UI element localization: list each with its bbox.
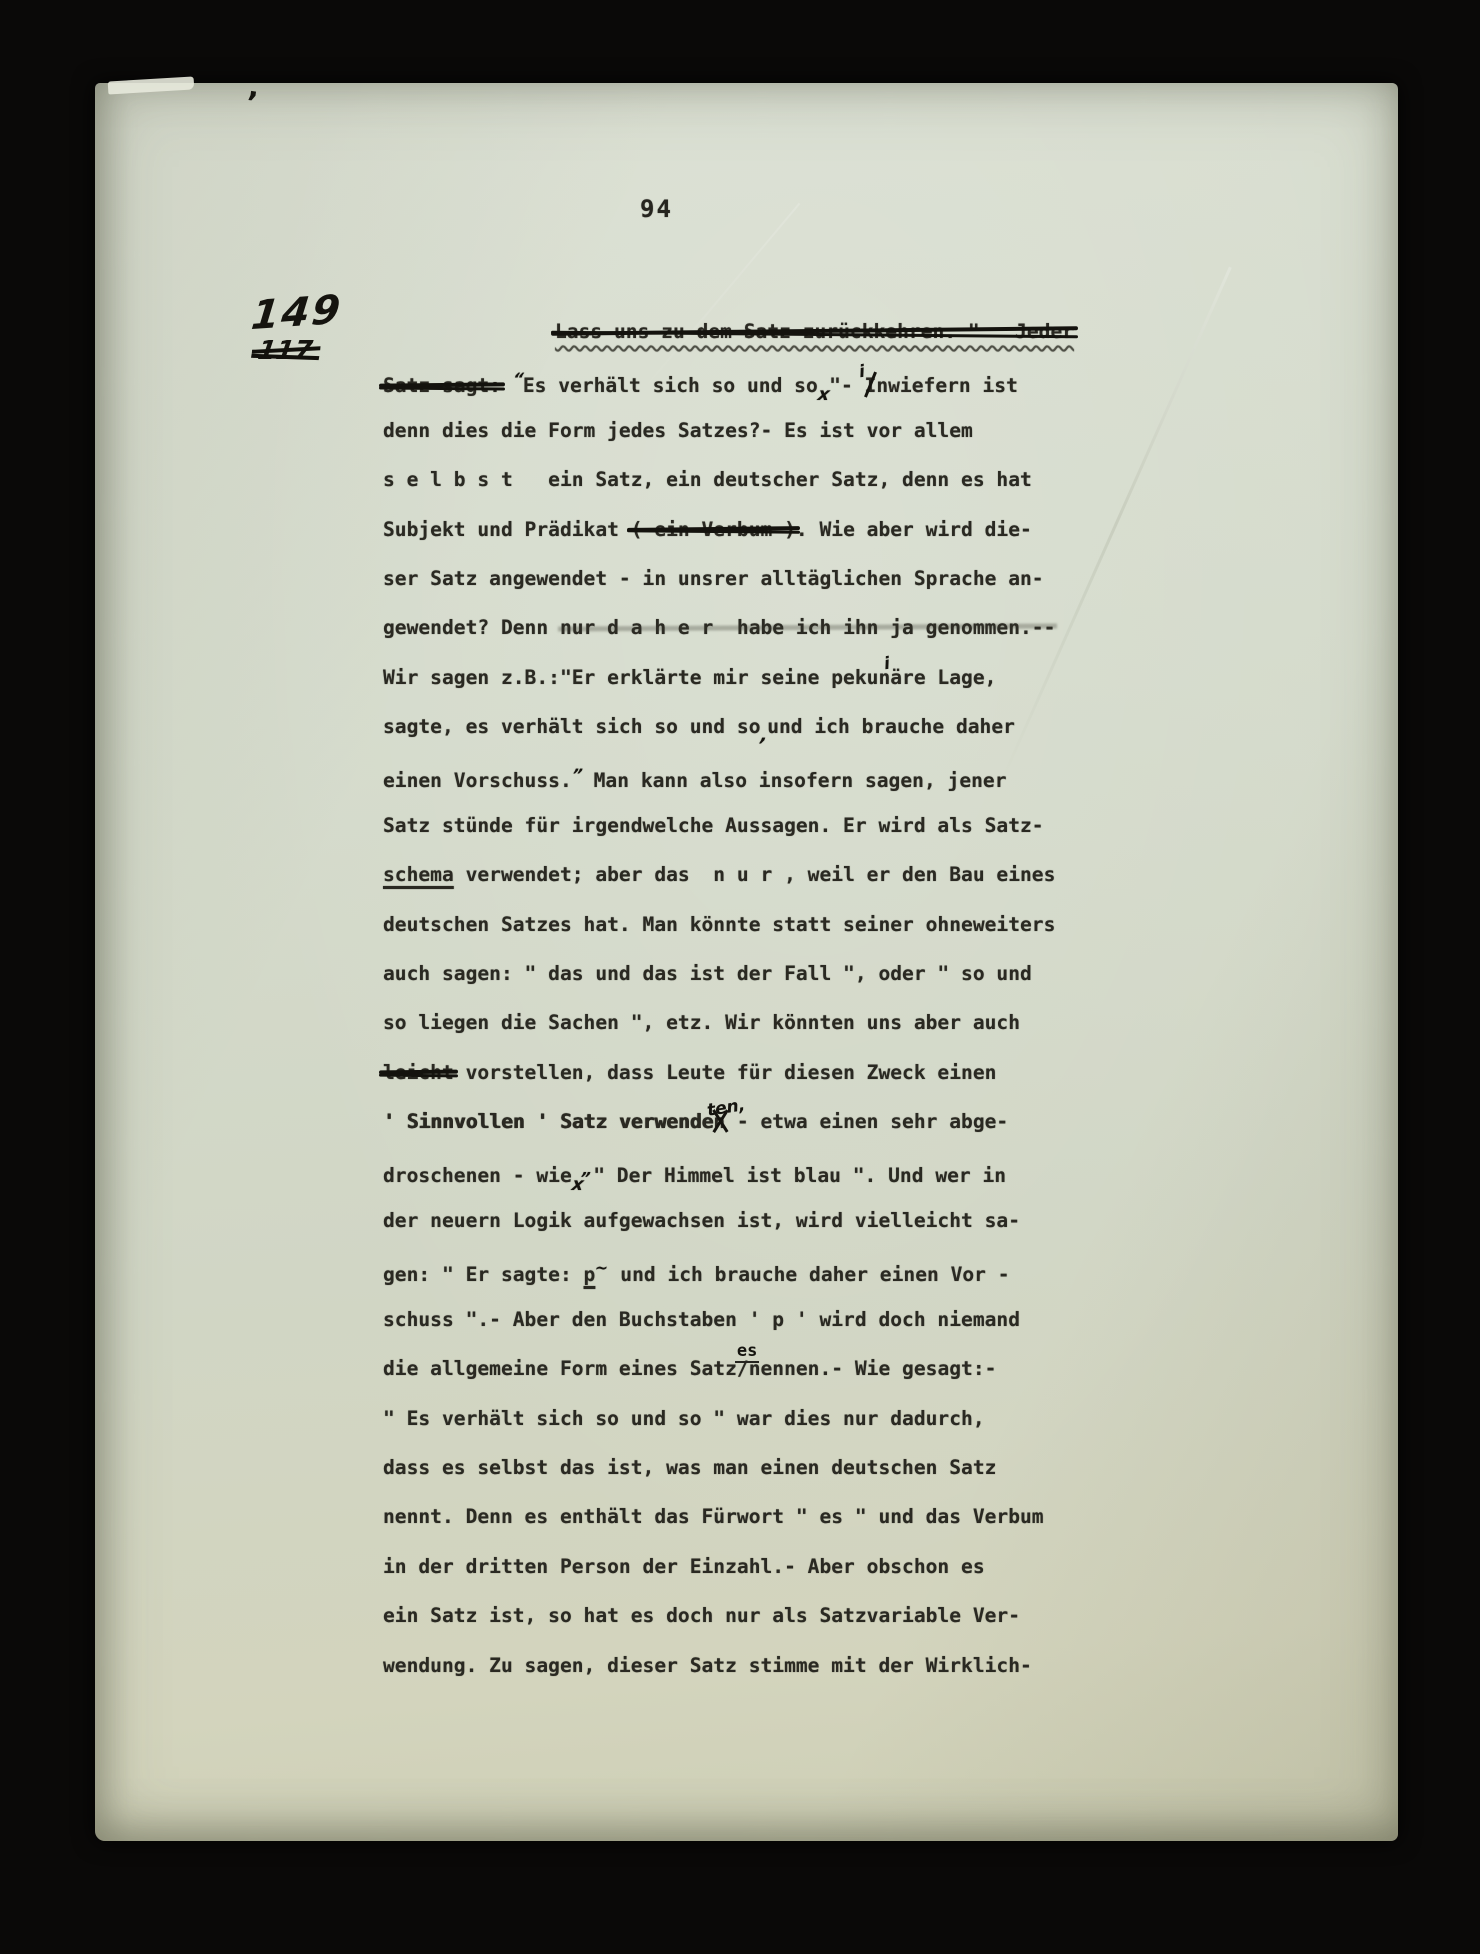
typed-segment: in der dritten Person der Einzahl.- Aber… (383, 1555, 985, 1578)
typed-line: deutschen Satzes hat. Man könnte statt s… (383, 913, 1074, 962)
typed-segment: so liegen die Sachen ", etz. Wir könnten… (383, 1011, 1020, 1034)
typed-segment: schema (383, 863, 454, 886)
typed-segment: nten, (713, 1110, 725, 1133)
typed-segment: " Es verhält sich so und so " war dies n… (383, 1407, 985, 1430)
typed-line: Subjekt und Prädikat ( ein Verbum ). Wie… (383, 518, 1074, 567)
typed-segment: Ii (865, 374, 877, 397)
typed-line: Satz sagt: “Es verhält sich so und sox"-… (383, 369, 1074, 418)
margin-pagination-note: 149 117 (252, 290, 342, 366)
typed-segment: deutschen Satzes hat. Man könnte statt s… (383, 913, 1055, 936)
typed-segment: - etwa einen sehr abge- (725, 1110, 1008, 1133)
typed-segment: ' Sinnvollen ' Satz verwende (383, 1110, 713, 1133)
typed-segment: " Der Himmel ist blau ". Und wer in (593, 1164, 1006, 1187)
typed-segment: Satz sagt: (383, 374, 501, 397)
typed-line: sagte, es verhält sich so und so,und ich… (383, 715, 1074, 764)
typed-line: Satz stünde für irgendwelche Aussagen. E… (383, 814, 1074, 863)
typed-line: so liegen die Sachen ", etz. Wir könnten… (383, 1011, 1074, 1060)
typed-segment: droschenen - wie (383, 1164, 572, 1187)
typed-segment: Man kann also insofern sagen, jener (582, 769, 1007, 792)
typed-segment: s e l b s t ein Satz, ein deutscher Satz… (383, 468, 1032, 491)
typed-line: droschenen - wiex„" Der Himmel ist blau … (383, 1160, 1074, 1209)
typed-line: ' Sinnvollen ' Satz verwendenten, - etwa… (383, 1110, 1074, 1159)
typed-segment: äi (890, 666, 902, 689)
scan-background: ’ 94 149 117 Lass uns zu dem Satz zurück… (0, 0, 1480, 1954)
typed-segment: schuss ".- Aber den Buchstaben ' p ' wir… (383, 1308, 1020, 1331)
typed-segment: sagte, es verhält sich so und so (383, 715, 761, 738)
typed-segment: nur d a h e r habe ich ihn ja genommen.-… (560, 616, 1055, 639)
typed-line: der neuern Logik aufgewachsen ist, wird … (383, 1209, 1074, 1258)
typed-line: ser Satz angewendet - in unsrer alltägli… (383, 567, 1074, 616)
typed-segment: . Wie aber wird die- (796, 518, 1032, 541)
typed-line: s e l b s t ein Satz, ein deutscher Satz… (383, 468, 1074, 517)
typed-segment: nennen.- Wie gesagt:- (749, 1357, 997, 1380)
typed-line: Wir sagen z.B.:"Er erklärte mir seine pe… (383, 666, 1074, 715)
handwritten-number-new: 149 (249, 287, 344, 339)
typed-line: in der dritten Person der Einzahl.- Aber… (383, 1555, 1074, 1604)
typed-segment: Lass uns zu dem Satz zurückkehren. " Jed… (555, 320, 1074, 343)
handwritten-number-crossed-out: 117 (256, 336, 314, 366)
text-block: Lass uns zu dem Satz zurückkehren. " Jed… (383, 320, 1074, 1703)
typed-line: die allgemeine Form eines Satz/esnennen.… (383, 1357, 1074, 1406)
typed-segment: re Lage, (902, 666, 996, 689)
typed-line: auch sagen: " das und das ist der Fall "… (383, 962, 1074, 1011)
typed-segment: die allgemeine Form eines Satz (383, 1357, 737, 1380)
typed-segment: vorstellen, dass Leute für diesen Zweck … (454, 1061, 997, 1084)
typed-segment: dass es selbst das ist, was man einen de… (383, 1456, 996, 1479)
typed-segment: Es verhält sich so und so (523, 374, 818, 397)
typed-line: " Es verhält sich so und so " war dies n… (383, 1407, 1074, 1456)
typed-line: einen Vorschuss.” Man kann also insofern… (383, 765, 1074, 814)
typed-segment: Subjekt und Prädikat (383, 518, 631, 541)
typed-segment: Satz stünde für irgendwelche Aussagen. E… (383, 814, 1044, 837)
typed-line: dass es selbst das ist, was man einen de… (383, 1456, 1074, 1505)
typed-segment: ein Satz ist, so hat es doch nur als Sat… (383, 1604, 1020, 1627)
typed-segment: der neuern Logik aufgewachsen ist, wird … (383, 1209, 1020, 1232)
typed-segment: nwiefern ist (876, 374, 1018, 397)
typed-segment: leicht (383, 1061, 454, 1084)
typed-segment: gewendet? Denn (383, 616, 560, 639)
typed-segment: nennt. Denn es enthält das Fürwort " es … (383, 1505, 1044, 1528)
page-number: 94 (640, 195, 673, 223)
typed-segment: und ich brauche daher einen Vor - (608, 1263, 1009, 1286)
typed-segment: gen: " Er sagte: (383, 1263, 584, 1286)
typed-segment: einen Vorschuss. (383, 769, 572, 792)
typed-line: Lass uns zu dem Satz zurückkehren. " Jed… (383, 320, 1074, 369)
typed-segment: /es (737, 1357, 749, 1380)
typed-line: wendung. Zu sagen, dieser Satz stimme mi… (383, 1654, 1074, 1703)
typed-line: schuss ".- Aber den Buchstaben ' p ' wir… (383, 1308, 1074, 1357)
typed-line: gen: " Er sagte: p~ und ich brauche dahe… (383, 1258, 1074, 1307)
typed-line: ein Satz ist, so hat es doch nur als Sat… (383, 1604, 1074, 1653)
typed-line: schema verwendet; aber das n u r , weil … (383, 863, 1074, 912)
typed-segment: ser Satz angewendet - in unsrer alltägli… (383, 567, 1044, 590)
typed-segment: auch sagen: " das und das ist der Fall "… (383, 962, 1032, 985)
typed-line: nennt. Denn es enthält das Fürwort " es … (383, 1505, 1074, 1554)
typed-line: denn dies die Form jedes Satzes?- Es ist… (383, 419, 1074, 468)
typed-segment: und ich brauche daher (767, 715, 1015, 738)
typed-segment: denn dies die Form jedes Satzes?- Es ist… (383, 419, 973, 442)
typed-segment: Wir sagen z.B.:"Er erklärte mir seine pe… (383, 666, 890, 689)
typed-segment: ( ein Verbum ) (631, 518, 796, 541)
typed-line: gewendet? Denn nur d a h e r habe ich ih… (383, 616, 1074, 665)
typed-segment: verwendet; aber das n u r , weil er den … (454, 863, 1056, 886)
typed-segment: wendung. Zu sagen, dieser Satz stimme mi… (383, 1654, 1032, 1677)
